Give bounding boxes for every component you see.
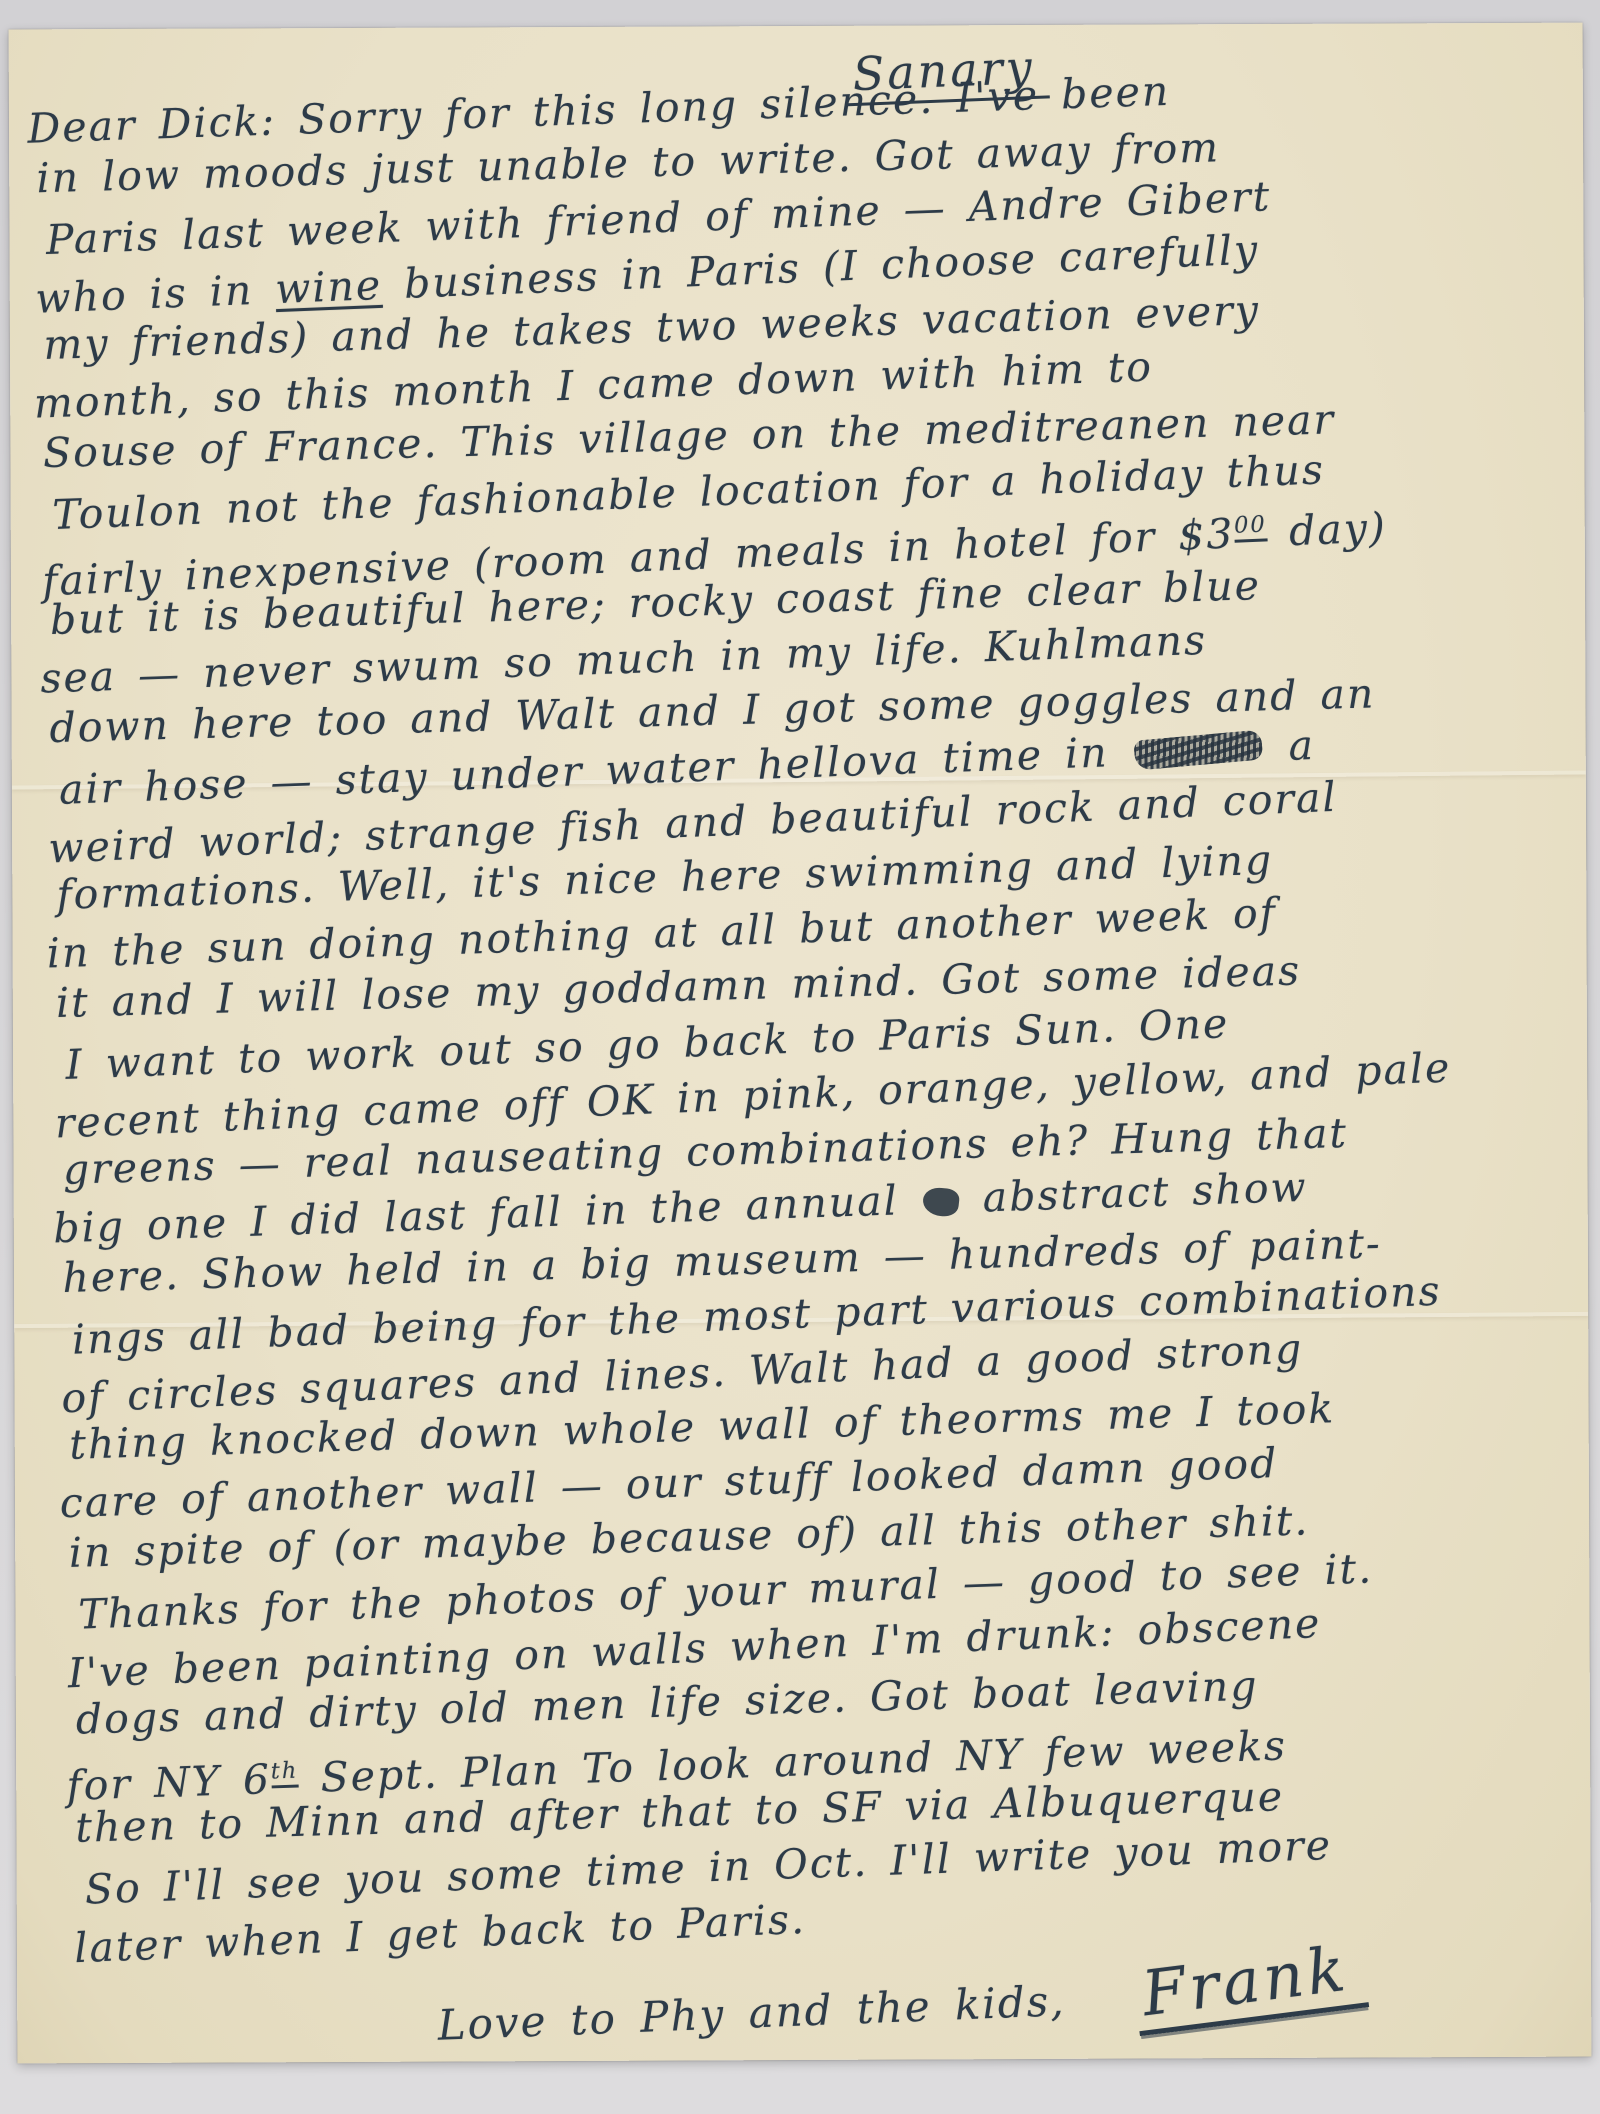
letter-body: Dear Dick: Sorry for this long silence. … (25, 59, 1571, 1964)
letter-signature: Frank (1130, 1930, 1369, 2037)
photo-background: Sanary Dear Dick: Sorry for this long si… (0, 0, 1600, 2114)
scribbled-out-word (1133, 730, 1263, 771)
letter-paper: Sanary Dear Dick: Sorry for this long si… (9, 23, 1592, 2064)
emphasized-word: wine (274, 261, 383, 313)
ink-blot (921, 1186, 960, 1218)
emphasized-word: th (270, 1758, 299, 1789)
letter-closing: Love to Phy and the kids, (437, 1976, 1067, 2050)
letter-closing-row: Love to Phy and the kids, Frank (436, 1945, 1368, 2059)
emphasized-word: 00 (1234, 511, 1268, 542)
